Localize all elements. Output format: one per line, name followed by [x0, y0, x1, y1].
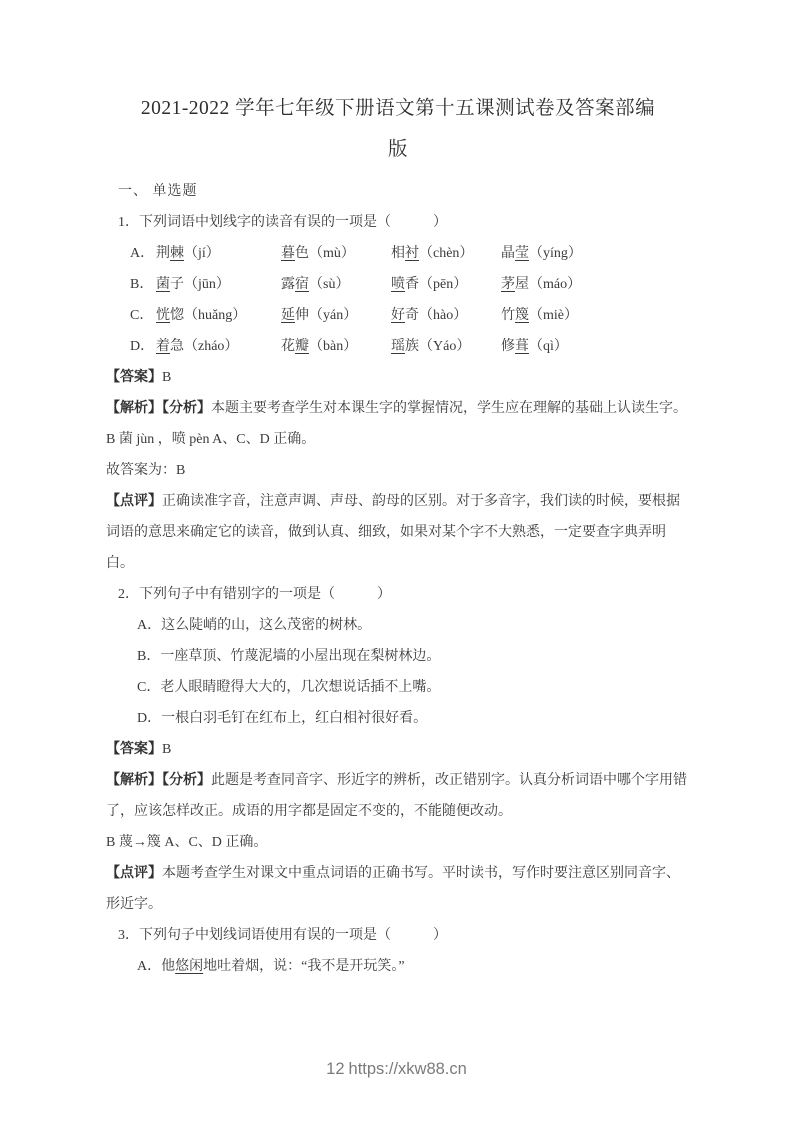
underlined-char: 莹 [515, 246, 529, 261]
word-pre: 竹 [501, 308, 515, 323]
option-text: 一座草顶、竹蔑泥墙的小屋出现在梨树林边。 [160, 649, 440, 664]
word-cell: 荆棘（jí） [156, 238, 281, 269]
q2-option-a: A．这么陡峭的山，这么茂密的树林。 [106, 610, 690, 641]
title-line-1: 2021-2022 学年七年级下册语文第十五课测试卷及答案部编 [106, 88, 690, 129]
option-label: A． [137, 610, 161, 641]
word-post: （sù） [309, 277, 349, 292]
section-heading: 一、 单选题 [106, 176, 690, 207]
answer-label: 【答案】 [106, 742, 162, 757]
word-post: 惚（huǎng） [170, 308, 246, 323]
word-post: 屋（máo） [515, 277, 581, 292]
underlined-char: 菌 [156, 277, 170, 292]
word-cell: 竹篾（miè） [501, 300, 690, 331]
word-post: 香（pēn） [405, 277, 467, 292]
word-cell: 花瓣（bàn） [281, 331, 391, 362]
option-text: 一根白羽毛钉在红布上，红白相衬很好看。 [161, 711, 427, 726]
word-cell: 着急（zháo） [156, 331, 281, 362]
document-title: 2021-2022 学年七年级下册语文第十五课测试卷及答案部编 版 [106, 88, 690, 170]
word-cell: 暮色（mù） [281, 238, 391, 269]
word-pre: 露 [281, 277, 295, 292]
underlined-char: 茅 [501, 277, 515, 292]
option-label: A． [130, 238, 156, 269]
word-pre: 花 [281, 339, 295, 354]
q3-option-a: A．他悠闲地吐着烟，说：“我不是开玩笑。” [106, 951, 690, 982]
question-3-stem: 3．下列句子中划线词语使用有误的一项是（ ） [106, 920, 690, 951]
word-post: （jí） [184, 246, 220, 261]
q2-analysis-detail: B 蔑→篾 A、C、D 正确。 [106, 827, 690, 858]
word-post: （qì） [529, 339, 568, 354]
document-page: 2021-2022 学年七年级下册语文第十五课测试卷及答案部编 版 一、 单选题… [0, 0, 793, 1122]
underlined-char: 好 [391, 308, 405, 323]
word-pre: 晶 [501, 246, 515, 261]
word-pre: 相 [391, 246, 405, 261]
word-cell: 菌子（jūn） [156, 269, 281, 300]
word-pre: 修 [501, 339, 515, 354]
word-cell: 喷香（pēn） [391, 269, 501, 300]
question-2-stem: 2．下列句子中有错别字的一项是（ ） [106, 579, 690, 610]
comment-text: 正确读准字音，注意声调、声母、韵母的区别。对于多音字，我们读的时候，要根据词语的… [106, 494, 680, 571]
option-label: B． [137, 641, 160, 672]
option-text: 老人眼睛瞪得大大的，几次想说话插不上嘴。 [160, 680, 440, 695]
answer-value: B [162, 370, 171, 385]
underlined-char: 棘 [170, 246, 184, 261]
option-text-pre: 他 [161, 959, 175, 974]
q1-option-row-d: D． 着急（zháo） 花瓣（bàn） 瑶族（Yáo） 修葺（qì） [106, 331, 690, 362]
word-cell: 晶莹（yíng） [501, 238, 690, 269]
word-cell: 露宿（sù） [281, 269, 391, 300]
word-cell: 茅屋（máo） [501, 269, 690, 300]
word-post: （chèn） [419, 246, 473, 261]
option-label: D． [137, 703, 161, 734]
q1-answer-line: 【答案】B [106, 362, 690, 393]
underlined-word: 悠闲 [175, 959, 203, 974]
q1-analysis-paragraph: 【解析】【分析】本题主要考查学生对本课生字的掌握情况，学生应在理解的基础上认读生… [106, 393, 690, 424]
answer-label: 【答案】 [106, 370, 162, 385]
footer-url: https://xkw88.cn [349, 1060, 467, 1078]
option-text-post: 地吐着烟，说：“我不是开玩笑。” [203, 959, 404, 974]
question-1-stem: 1．下列词语中划线字的读音有误的一项是（ ） [106, 207, 690, 238]
word-pre: 荆 [156, 246, 170, 261]
answer-value: B [162, 742, 171, 757]
option-label: B． [130, 269, 156, 300]
option-label: C． [137, 672, 160, 703]
q2-option-d: D．一根白羽毛钉在红布上，红白相衬很好看。 [106, 703, 690, 734]
underlined-char: 宿 [295, 277, 309, 292]
q1-analysis-detail: B 菌 jùn ，喷 pèn A、C、D 正确。 [106, 424, 690, 455]
underlined-char: 衬 [405, 246, 419, 261]
underlined-char: 瑶 [391, 339, 405, 354]
word-cell: 好奇（hào） [391, 300, 501, 331]
underlined-char: 着 [156, 339, 170, 354]
word-post: 子（jūn） [170, 277, 230, 292]
title-line-2: 版 [106, 129, 690, 170]
q2-answer-line: 【答案】B [106, 734, 690, 765]
q1-comment-paragraph: 【点评】正确读准字音，注意声调、声母、韵母的区别。对于多音字，我们读的时候，要根… [106, 486, 690, 579]
q2-analysis-paragraph: 【解析】【分析】此题是考查同音字、形近字的辨析，改正错别字。认真分析词语中哪个字… [106, 765, 690, 827]
q2-option-c: C．老人眼睛瞪得大大的，几次想说话插不上嘴。 [106, 672, 690, 703]
word-post: 族（Yáo） [405, 339, 470, 354]
page-footer: 12https://xkw88.cn [0, 1060, 793, 1079]
word-post: （yíng） [529, 246, 582, 261]
analysis-text: 本题主要考查学生对本课生字的掌握情况，学生应在理解的基础上认读生字。 [211, 401, 687, 416]
option-text: 这么陡峭的山，这么茂密的树林。 [161, 618, 371, 633]
word-post: 色（mù） [295, 246, 355, 261]
word-post: 奇（hào） [405, 308, 467, 323]
underlined-char: 葺 [515, 339, 529, 354]
word-post: 伸（yán） [295, 308, 357, 323]
word-post: （miè） [529, 308, 578, 323]
underlined-char: 瓣 [295, 339, 309, 354]
q1-option-row-c: C． 恍惚（huǎng） 延伸（yán） 好奇（hào） 竹篾（miè） [106, 300, 690, 331]
underlined-char: 延 [281, 308, 295, 323]
analysis-label: 【解析】【分析】 [106, 401, 211, 416]
page-number: 12 [326, 1060, 344, 1078]
word-post: （bàn） [309, 339, 357, 354]
word-cell: 恍惚（huǎng） [156, 300, 281, 331]
option-label: A． [137, 951, 161, 982]
q2-option-b: B．一座草顶、竹蔑泥墙的小屋出现在梨树林边。 [106, 641, 690, 672]
q1-conclusion: 故答案为：B [106, 455, 690, 486]
q1-option-row-b: B． 菌子（jūn） 露宿（sù） 喷香（pēn） 茅屋（máo） [106, 269, 690, 300]
word-cell: 相衬（chèn） [391, 238, 501, 269]
underlined-char: 暮 [281, 246, 295, 261]
q1-option-row-a: A． 荆棘（jí） 暮色（mù） 相衬（chèn） 晶莹（yíng） [106, 238, 690, 269]
comment-text: 本题考查学生对课文中重点词语的正确书写。平时读书，写作时要注意区别同音字、形近字… [106, 866, 680, 912]
q2-comment-paragraph: 【点评】本题考查学生对课文中重点词语的正确书写。平时读书，写作时要注意区别同音字… [106, 858, 690, 920]
word-cell: 延伸（yán） [281, 300, 391, 331]
underlined-char: 恍 [156, 308, 170, 323]
word-cell: 瑶族（Yáo） [391, 331, 501, 362]
option-label: C． [130, 300, 156, 331]
word-cell: 修葺（qì） [501, 331, 690, 362]
comment-label: 【点评】 [106, 866, 162, 881]
comment-label: 【点评】 [106, 494, 162, 509]
word-post: 急（zháo） [170, 339, 238, 354]
option-label: D． [130, 331, 156, 362]
underlined-char: 篾 [515, 308, 529, 323]
underlined-char: 喷 [391, 277, 405, 292]
analysis-label: 【解析】【分析】 [106, 773, 211, 788]
